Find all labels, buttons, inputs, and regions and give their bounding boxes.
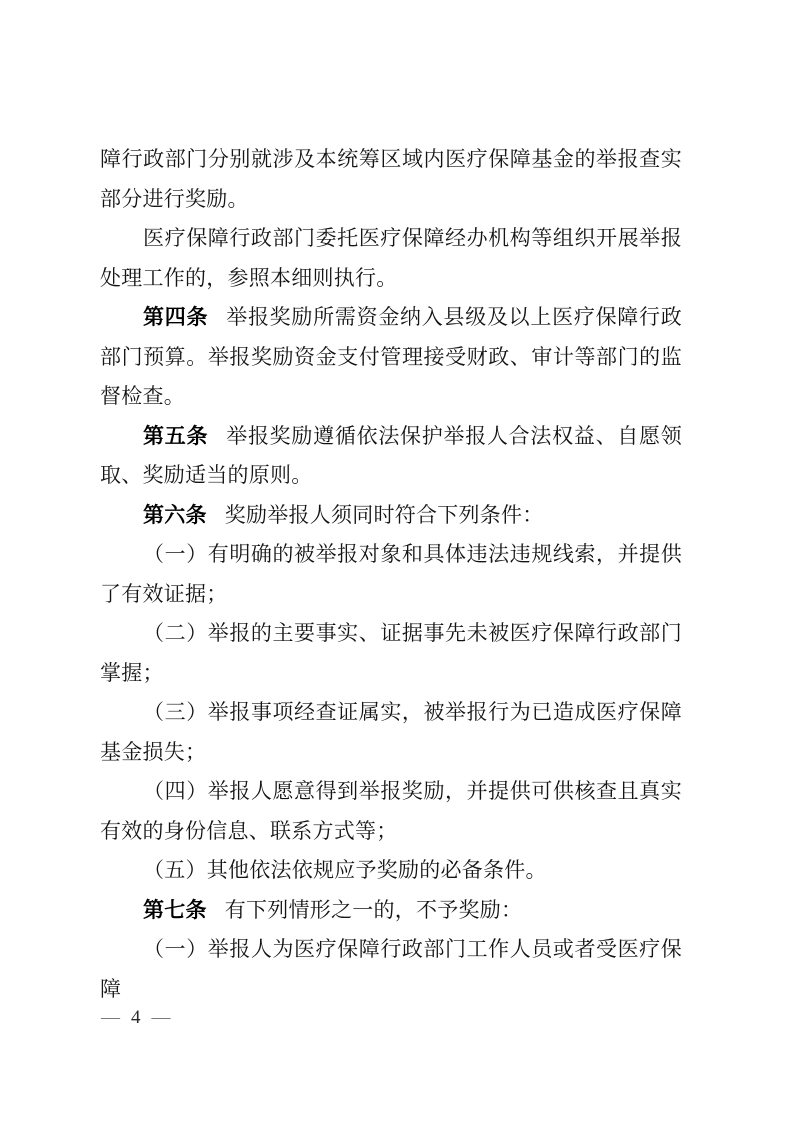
paragraph-text: （一）有明确的被举报对象和具体违法违规线索，并提供了有效证据；	[100, 542, 682, 606]
paragraph: 医疗保障行政部门委托医疗保障经办机构等组织开展举报处理工作的，参照本细则执行。	[100, 219, 682, 298]
paragraph-text: 医疗保障行政部门委托医疗保障经办机构等组织开展举报处理工作的，参照本细则执行。	[100, 226, 682, 290]
footer-dash-left: —	[101, 1007, 120, 1028]
article-number-label: 第四条	[143, 306, 208, 329]
article-number-label: 第五条	[143, 425, 208, 448]
page-number: 4	[131, 1007, 141, 1028]
paragraph: 第五条举报奖励遵循依法保护举报人合法权益、自愿领取、奖励适当的原则。	[100, 417, 682, 496]
document-content: 障行政部门分别就涉及本统筹区域内医疗保障基金的举报查实部分进行奖励。 医疗保障行…	[100, 140, 682, 1009]
paragraph-text: （二）举报的主要事实、证据事先未被医疗保障行政部门掌握；	[100, 621, 682, 685]
paragraph: （四）举报人愿意得到举报奖励，并提供可供核查且真实有效的身份信息、联系方式等；	[100, 772, 682, 851]
article-number-label: 第七条	[143, 899, 207, 922]
paragraph: （一）有明确的被举报对象和具体违法违规线索，并提供了有效证据；	[100, 535, 682, 614]
paragraph: 第七条有下列情形之一的，不予奖励：	[100, 891, 682, 931]
paragraph: （三）举报事项经查证属实，被举报行为已造成医疗保障基金损失；	[100, 693, 682, 772]
paragraph-text: （五）其他依法依规应予奖励的必备条件。	[143, 858, 547, 882]
paragraph-text: （一）举报人为医疗保障行政部门工作人员或者受医疗保障	[100, 937, 682, 1001]
paragraph-text: （四）举报人愿意得到举报奖励，并提供可供核查且真实有效的身份信息、联系方式等；	[100, 779, 682, 843]
page-footer: —4—	[101, 1004, 171, 1032]
article-number-label: 第六条	[143, 504, 207, 527]
paragraph: 第四条举报奖励所需资金纳入县级及以上医疗保障行政部门预算。举报奖励资金支付管理接…	[100, 298, 682, 417]
paragraph-text: 障行政部门分别就涉及本统筹区域内医疗保障基金的举报查实部分进行奖励。	[100, 147, 682, 211]
paragraph-text: 有下列情形之一的，不予奖励：	[225, 898, 523, 922]
document-page: 障行政部门分别就涉及本统筹区域内医疗保障基金的举报查实部分进行奖励。 医疗保障行…	[0, 0, 793, 1122]
paragraph: （二）举报的主要事实、证据事先未被医疗保障行政部门掌握；	[100, 614, 682, 693]
paragraph-text: 奖励举报人须同时符合下列条件：	[225, 503, 544, 527]
paragraph: 第六条奖励举报人须同时符合下列条件：	[100, 496, 682, 536]
footer-dash-right: —	[152, 1007, 171, 1028]
paragraph: （五）其他依法依规应予奖励的必备条件。	[100, 851, 682, 891]
paragraph: （一）举报人为医疗保障行政部门工作人员或者受医疗保障	[100, 930, 682, 1009]
paragraph-text: （三）举报事项经查证属实，被举报行为已造成医疗保障基金损失；	[100, 700, 682, 764]
paragraph: 障行政部门分别就涉及本统筹区域内医疗保障基金的举报查实部分进行奖励。	[100, 140, 682, 219]
